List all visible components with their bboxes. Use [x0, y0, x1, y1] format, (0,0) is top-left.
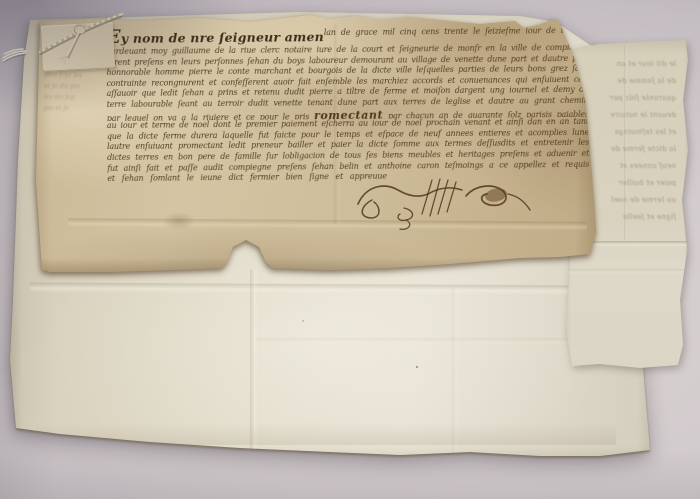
- letter-vertical-crease: [624, 46, 627, 241]
- manuscript-crease-pinch: [162, 212, 196, 230]
- photo-stage: le dit iour et an de la ſomme de quarant…: [0, 0, 700, 499]
- sheet-crease-vertical-1: [250, 270, 258, 458]
- manuscript-last-line: et ſehan ſomlant le ieune dict fermier b…: [107, 172, 387, 185]
- sheet-crease-vertical-2: [452, 288, 459, 456]
- thread-fray: [57, 56, 67, 65]
- ink-speck: [302, 320, 304, 322]
- ink-speck: [416, 366, 418, 368]
- manuscript-text: Ey nom de nre ſeigneur amen lan de grace…: [106, 22, 589, 185]
- notary-signature: [348, 174, 534, 236]
- ghost-line: et ſe diz pm: [44, 81, 108, 92]
- sheet-crease-horizontal-1: [30, 283, 595, 296]
- ghost-line: les diz ſcp: [44, 92, 108, 103]
- sheet-bottom-shading: [36, 423, 616, 445]
- manuscript-heading-continuation: lan de grace mil cinq cens trente le ſei…: [324, 22, 588, 37]
- binding-thread: [0, 0, 160, 80]
- ghost-line: pm et ſe: [44, 103, 108, 114]
